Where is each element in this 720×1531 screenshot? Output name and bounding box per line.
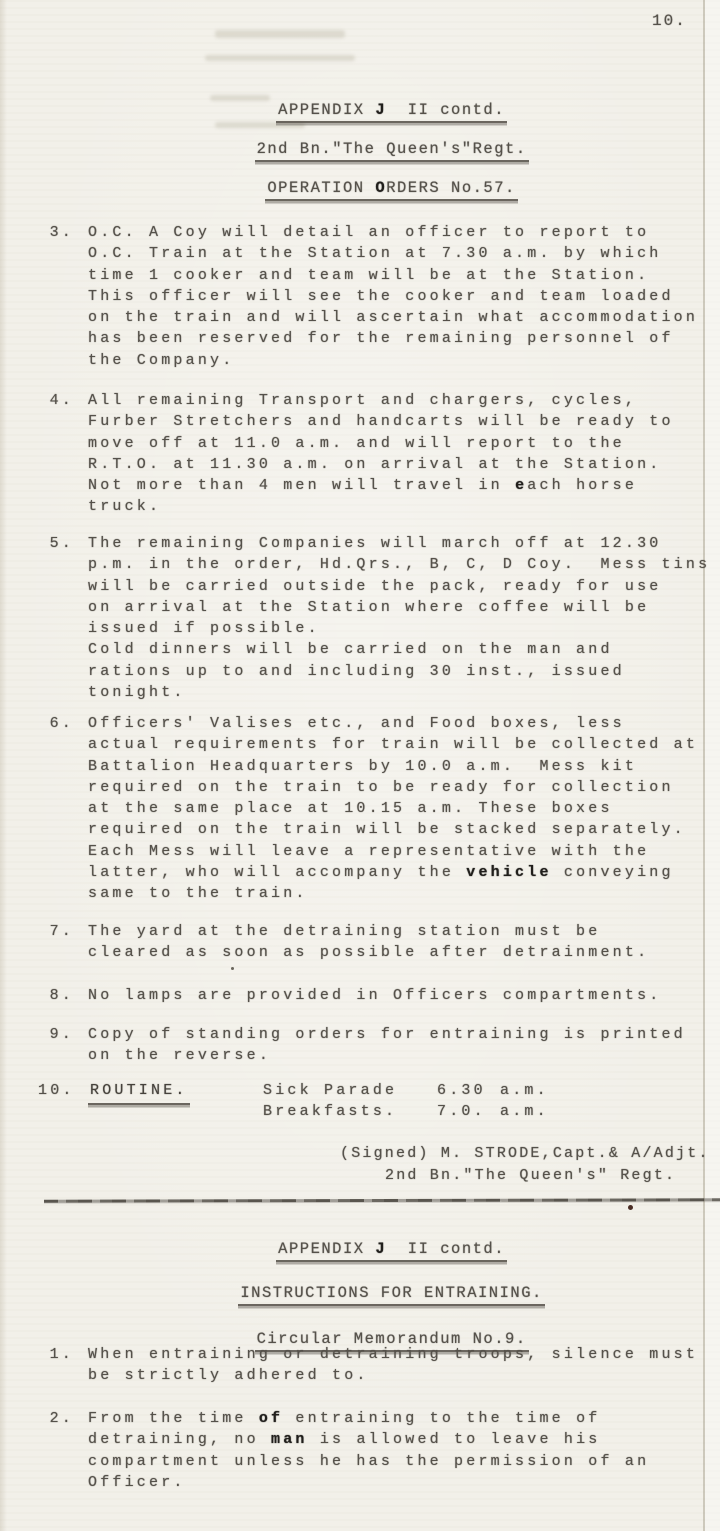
memo-paragraph-2: 2. From the time of entraining to the ti… — [38, 1408, 720, 1493]
paragraph-number: 5. — [38, 533, 74, 703]
paragraph-text: When entraining or detraining troops, si… — [88, 1344, 720, 1387]
paragraph-number: 9. — [38, 1024, 74, 1067]
routine-label: ROUTINE. — [88, 1080, 190, 1105]
paragraph-text: All remaining Transport and chargers, cy… — [88, 390, 720, 518]
routine-row: Sick Parade 6.30 a.m. — [263, 1080, 549, 1101]
signature-line: (Signed) M. STRODE,Capt.& A/Adjt. — [340, 1143, 710, 1165]
routine-table: Sick Parade 6.30 a.m. Breakfasts. 7.0. a… — [263, 1080, 549, 1123]
paragraph-number: 3. — [38, 222, 74, 371]
ink-speck — [628, 1205, 633, 1210]
paragraph-number: 2. — [38, 1408, 74, 1493]
section-divider-rule — [44, 1198, 720, 1202]
paragraph-number: 7. — [38, 921, 74, 964]
heading-instructions-text: INSTRUCTIONS FOR ENTRAINING. — [238, 1284, 544, 1306]
page-number: 10. — [652, 12, 687, 30]
paragraph-text: The remaining Companies will march off a… — [88, 533, 720, 703]
paragraph-text: O.C. A Coy will detail an officer to rep… — [88, 222, 720, 371]
paragraph-text: Copy of standing orders for entraining i… — [88, 1024, 720, 1067]
routine-item-time: 6.30 — [437, 1080, 500, 1101]
routine-row: Breakfasts. 7.0. a.m. — [263, 1101, 549, 1122]
order-paragraph-3: 3. O.C. A Coy will detail an officer to … — [38, 222, 720, 371]
routine-item-meridiem: a.m. — [500, 1080, 549, 1101]
order-paragraph-8: 8. No lamps are provided in Officers com… — [38, 985, 720, 1006]
order-paragraph-5: 5. The remaining Companies will march of… — [38, 533, 720, 703]
paragraph-number: 4. — [38, 390, 74, 518]
routine-item-name: Sick Parade — [263, 1080, 437, 1101]
paragraph-number: 8. — [38, 985, 74, 1006]
heading-operation-orders-text: OPERATION ORDERS No.57. — [265, 179, 517, 201]
heading-operation-orders: OPERATION ORDERS No.57. — [18, 161, 720, 219]
paragraph-text: No lamps are provided in Officers compar… — [88, 985, 720, 1006]
routine-item-name: Breakfasts. — [263, 1101, 437, 1122]
heading-battalion-text: 2nd Bn."The Queen's"Regt. — [255, 140, 529, 162]
paragraph-text: The yard at the detraining station must … — [88, 921, 720, 964]
signature-unit-line: 2nd Bn."The Queen's" Regt. — [340, 1165, 710, 1187]
signature-block: (Signed) M. STRODE,Capt.& A/Adjt. 2nd Bn… — [340, 1143, 710, 1187]
order-paragraph-7: 7. The yard at the detraining station mu… — [38, 921, 720, 964]
heading-appendix-2-text: APPENDIX J II contd. — [276, 1240, 507, 1262]
paper-left-edge — [0, 0, 7, 1531]
paragraph-text: Officers' Valises etc., and Food boxes, … — [88, 713, 720, 905]
order-paragraph-4: 4. All remaining Transport and chargers,… — [38, 390, 720, 518]
order-paragraph-9: 9. Copy of standing orders for entrainin… — [38, 1024, 720, 1067]
ink-bleedthrough-smudge — [205, 55, 355, 61]
order-paragraph-6: 6. Officers' Valises etc., and Food boxe… — [38, 713, 720, 905]
paragraph-number: 10. — [38, 1080, 74, 1105]
ink-bleedthrough-smudge — [215, 30, 345, 38]
paragraph-number: 1. — [38, 1344, 74, 1387]
heading-appendix-text: APPENDIX J II contd. — [276, 101, 507, 123]
memo-paragraph-1: 1. When entraining or detraining troops,… — [38, 1344, 720, 1387]
ink-speck — [231, 967, 234, 970]
paragraph-text: From the time of entraining to the time … — [88, 1408, 720, 1493]
scanned-document-page: 10. APPENDIX J II contd. 2nd Bn."The Que… — [0, 0, 720, 1531]
routine-item-time: 7.0. — [437, 1101, 500, 1122]
routine-item-meridiem: a.m. — [500, 1101, 549, 1122]
paragraph-number: 6. — [38, 713, 74, 905]
